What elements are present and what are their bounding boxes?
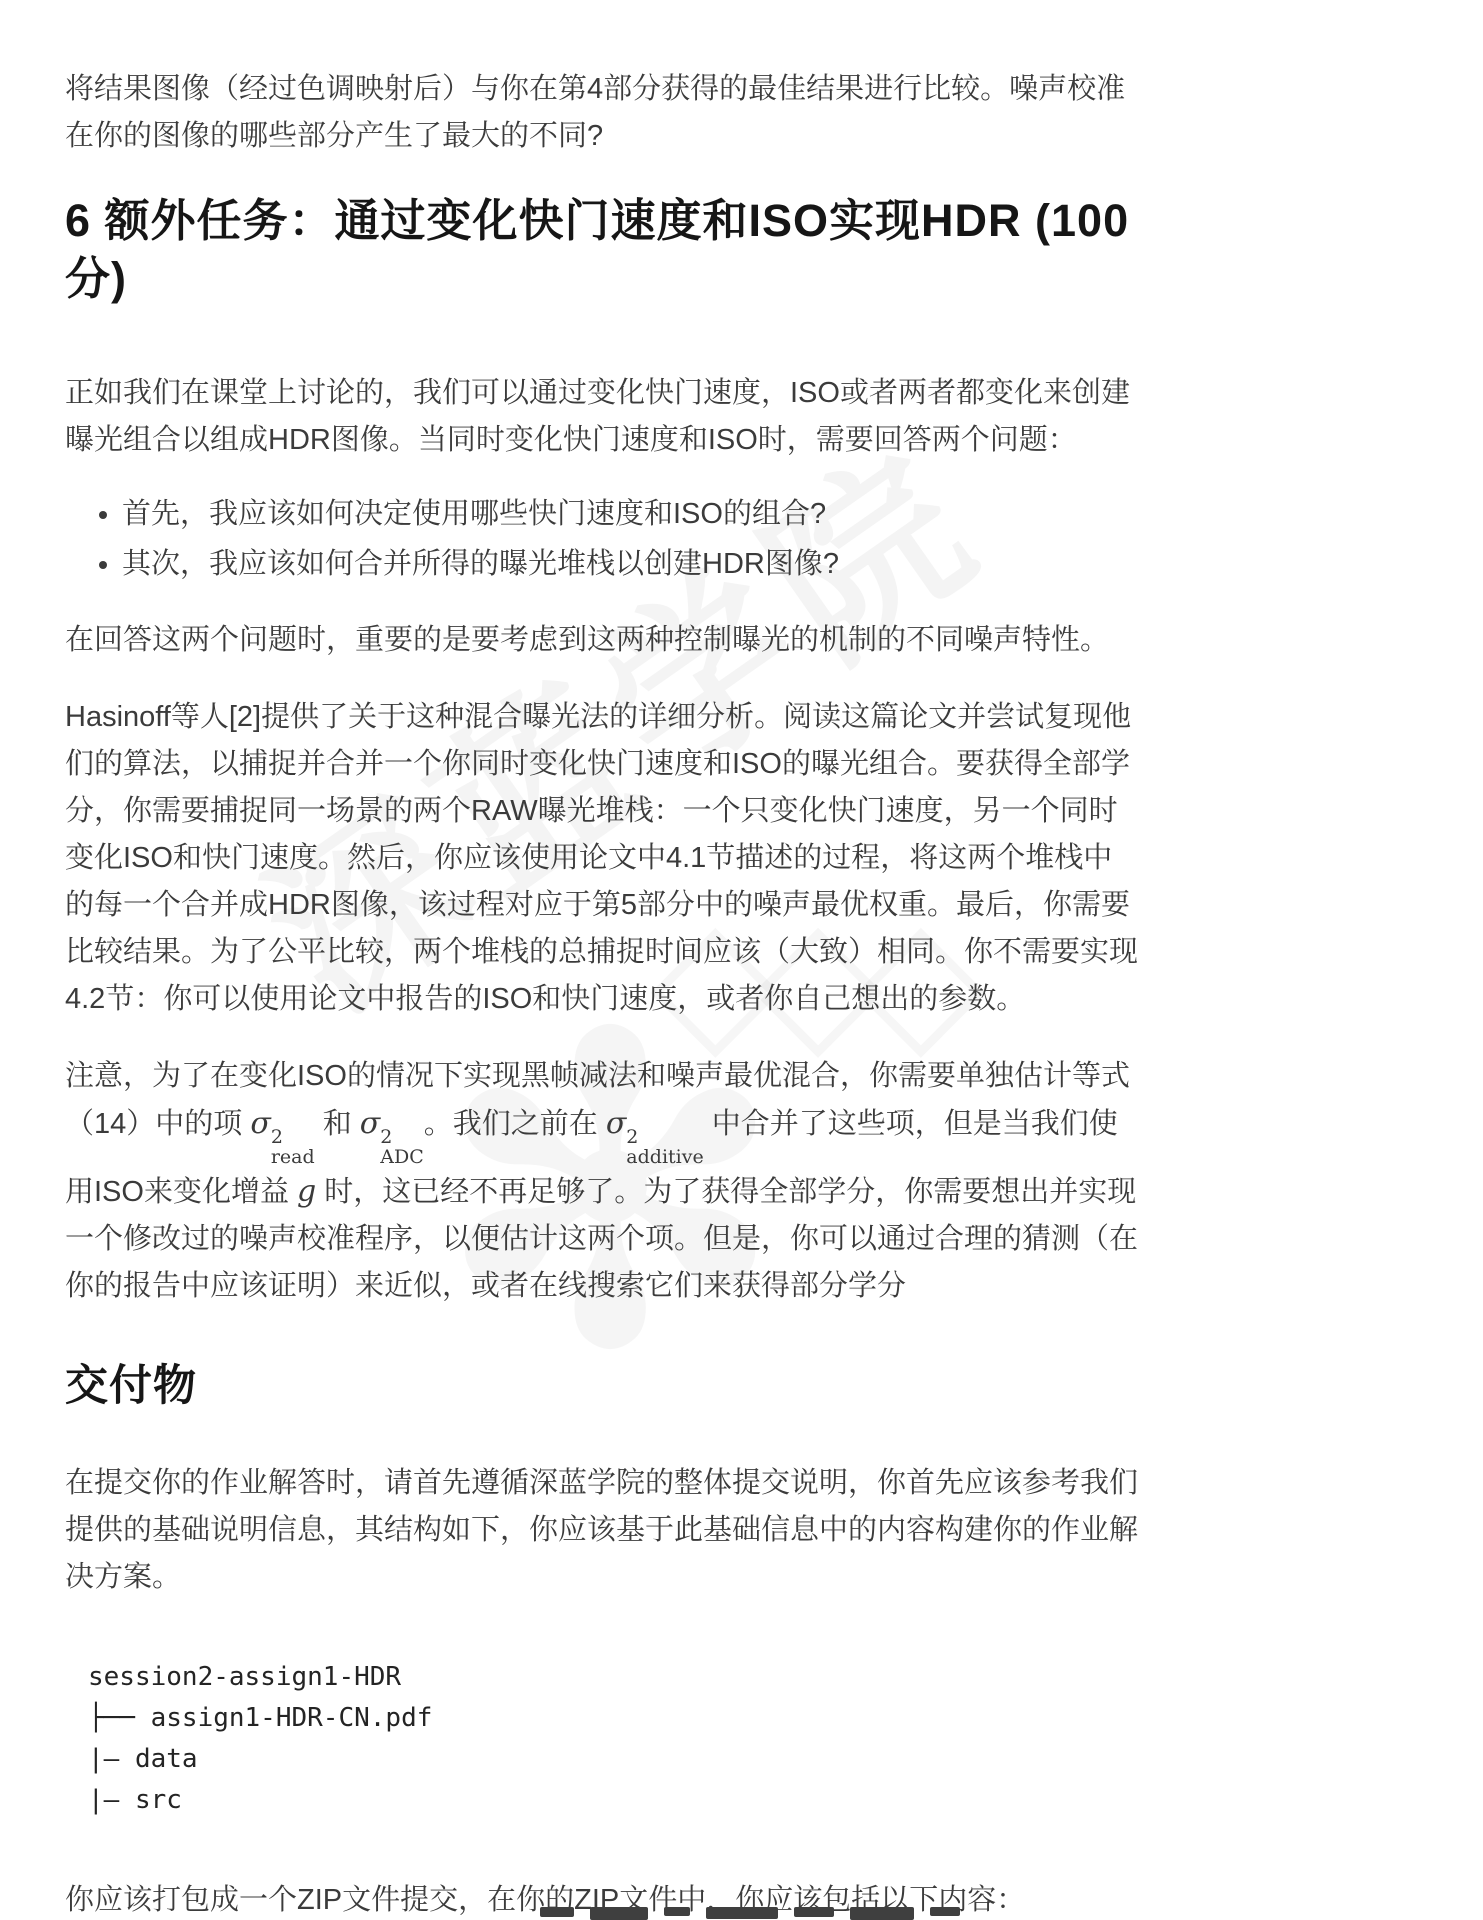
document-content: 将结果图像（经过色调映射后）与你在第4部分获得的最佳结果进行比较。噪声校准在你的… [65, 0, 1140, 1920]
questions-list: 首先，我应该如何决定使用哪些快门速度和ISO的组合? 其次，我应该如何合并所得的… [65, 491, 1140, 588]
note-paragraph-with-math: 注意，为了在变化ISO的情况下实现黑帧减法和噪声最优混合，你需要单独估计等式（1… [65, 1053, 1140, 1310]
deliverables-heading: 交付物 [65, 1358, 1140, 1414]
section6-paragraph-2: 在回答这两个问题时，重要的是要考虑到这两种控制曝光的机制的不同噪声特性。 [65, 617, 1140, 664]
file-structure-code-block: session2-assign1-HDR ├── assign1-HDR-CN.… [65, 1657, 1140, 1821]
section-6-heading: 6 额外任务：通过变化快门速度和ISO实现HDR (100 分) [65, 192, 1140, 308]
clipped-text-fragments [540, 1907, 960, 1920]
list-item: 首先，我应该如何决定使用哪些快门速度和ISO的组合? [122, 491, 1140, 538]
section6-paragraph-3: Hasinoff等人[2]提供了关于这种混合曝光法的详细分析。阅读这篇论文并尝试… [65, 694, 1140, 1023]
math-sigma-term: σ2additive [606, 1106, 704, 1140]
deliverables-paragraph-1: 在提交你的作业解答时，请首先遵循深蓝学院的整体提交说明，你首先应该参考我们提供的… [65, 1460, 1140, 1601]
intro-paragraph: 将结果图像（经过色调映射后）与你在第4部分获得的最佳结果进行比较。噪声校准在你的… [65, 66, 1140, 160]
math-variable: g [297, 1174, 316, 1209]
math-sigma-term: σ2read [250, 1106, 314, 1140]
list-item: 其次，我应该如何合并所得的曝光堆栈以创建HDR图像? [122, 541, 1140, 588]
math-sigma-term: σ2ADC [360, 1106, 424, 1140]
section6-paragraph-1: 正如我们在课堂上讨论的，我们可以通过变化快门速度，ISO或者两者都变化来创建曝光… [65, 370, 1140, 464]
